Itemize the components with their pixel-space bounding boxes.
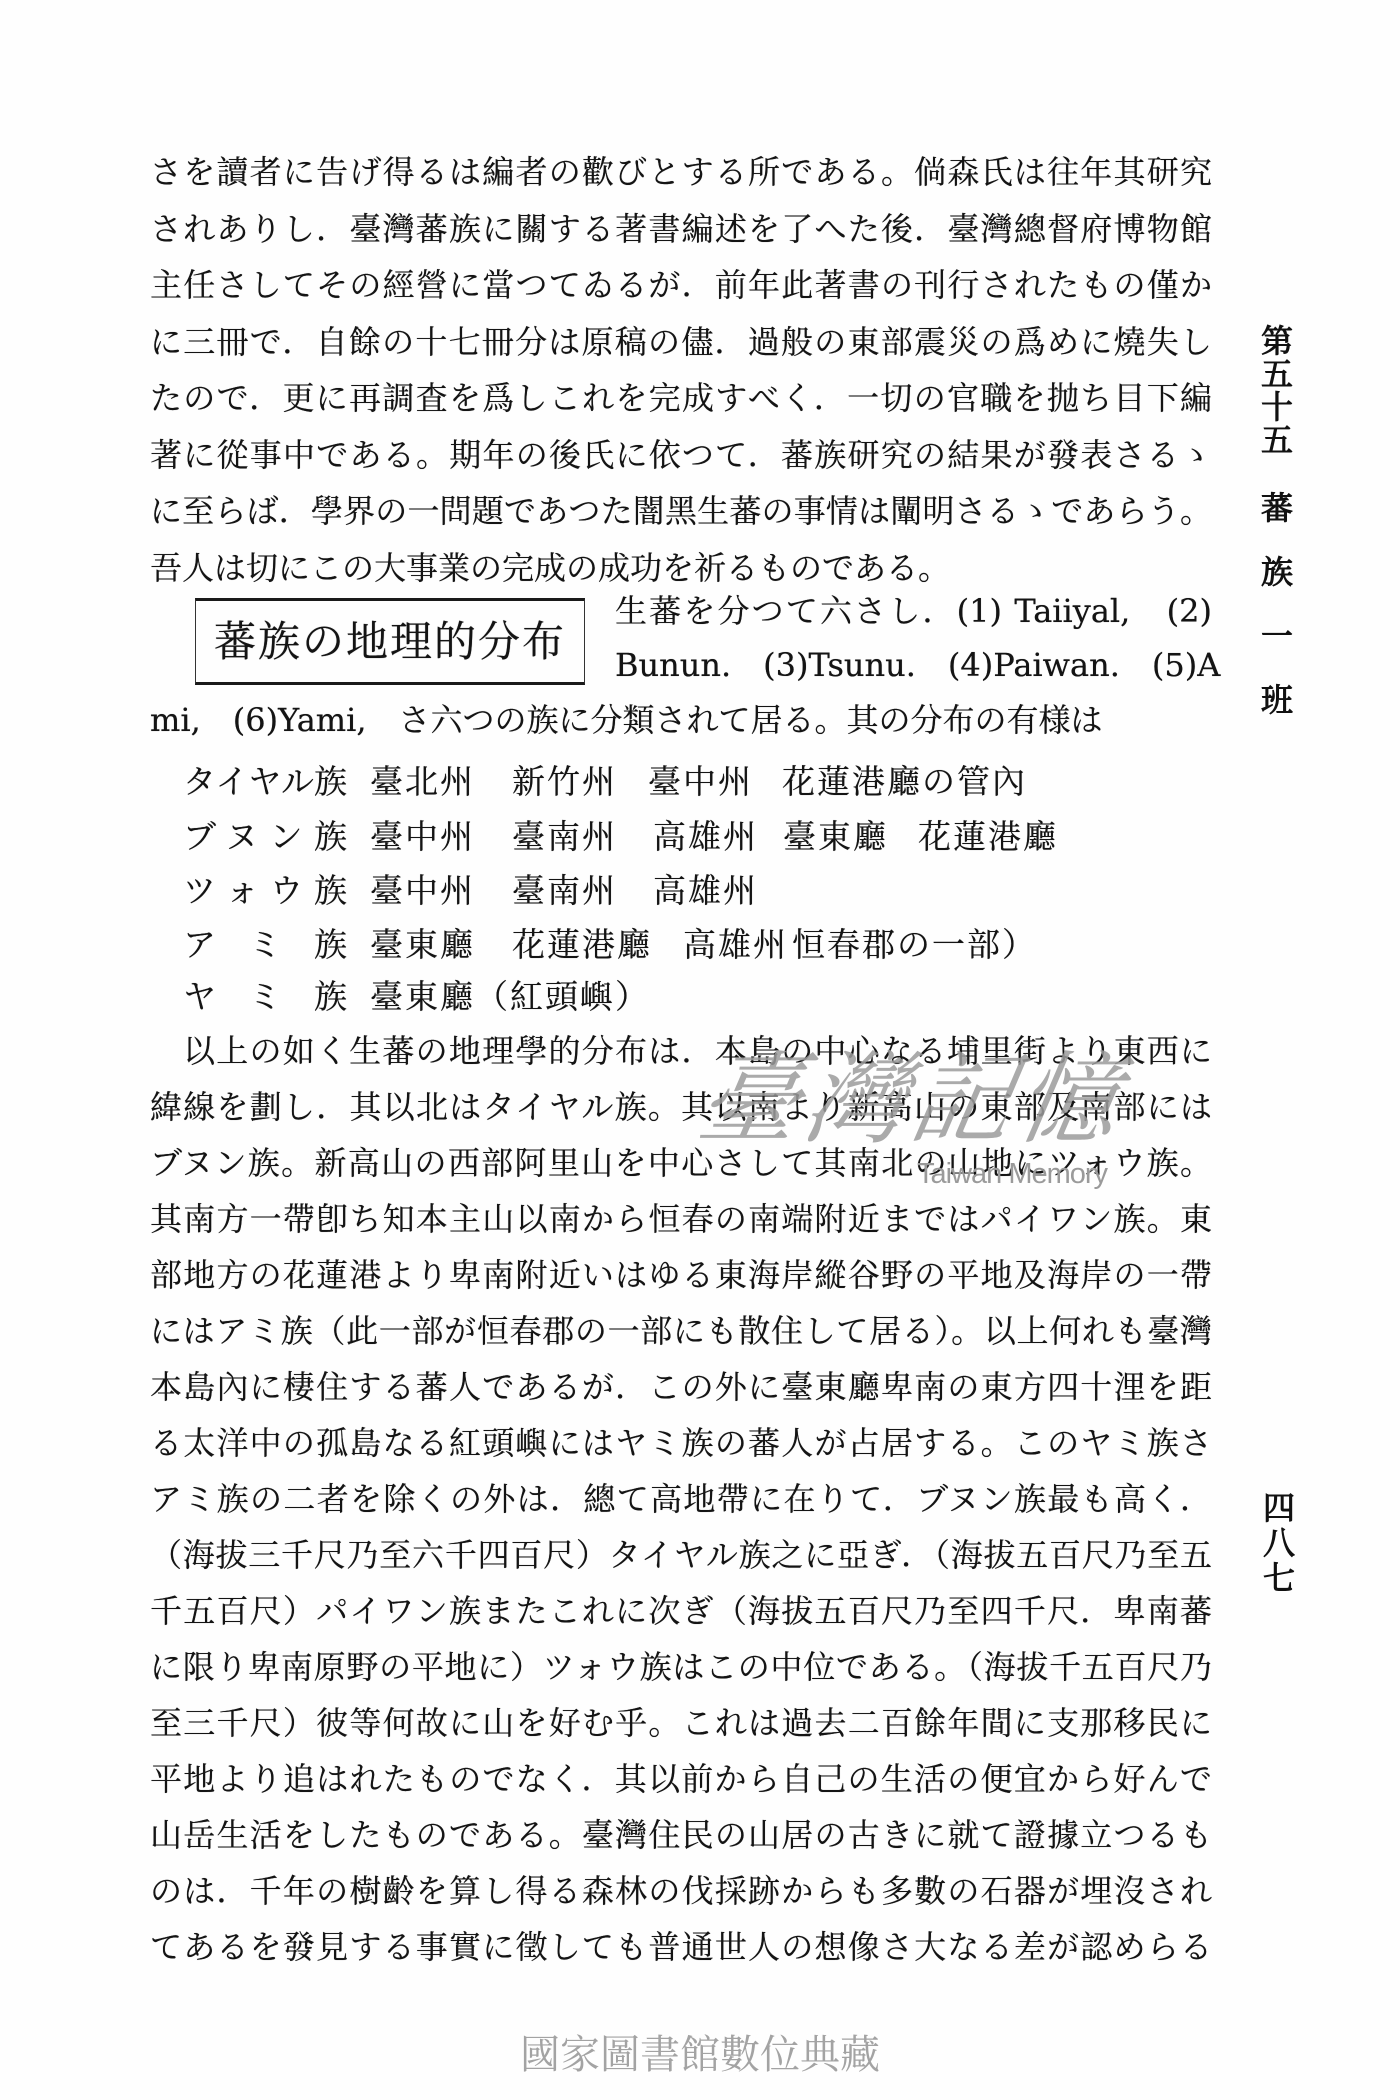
page-number: 四八七 (1259, 1491, 1295, 1596)
body-line: 千五百尺）パイワン族またこれに次ぎ（海拔五百尺乃至四千尺．卑南蕃 (150, 1591, 1212, 1631)
area-name: 臺中州 (370, 871, 475, 911)
body-line: る太洋中の孤島なる紅頭嶼にはヤミ族の蕃人が占居する。このヤミ族さ (150, 1423, 1212, 1463)
area-name: 臺東廳（紅頭嶼） (370, 977, 650, 1017)
area-name: 臺東廳 (370, 925, 475, 965)
intro-line: 著に從事中である。期年の後氏に依つて．蕃族研究の結果が發表さるゝ (150, 435, 1212, 475)
body-line: 本島內に棲住する蕃人であるが．この外に臺東廳卑南の東方四十浬を距 (150, 1367, 1212, 1407)
area-name: 高雄州 (653, 817, 758, 857)
section-heading: 蕃族の地理的分布 (214, 617, 566, 667)
watermark-subtext: Taiwan Memory (917, 1158, 1107, 1190)
area-name: 花蓮港廳 (512, 925, 652, 965)
area-name: 高雄州 (653, 871, 758, 911)
area-name: 恒春郡の一部） (792, 925, 1037, 965)
heading-side-line: 生蕃を分つて六さし．(1) Taiiyal, (2) (615, 591, 1212, 631)
tribe-name: タイヤル族 (183, 762, 347, 802)
area-name: 臺南州 (512, 817, 617, 857)
area-name: 花蓮港廳の管內 (782, 762, 1027, 802)
area-name: 高雄州 (683, 925, 788, 965)
running-header-title: 蕃族一班 (1257, 491, 1293, 747)
body-line: 其南方一帶卽ち知本主山以南から恒春の南端附近まではパイワン族。東 (150, 1199, 1212, 1239)
intro-line: 吾人は切にこの大事業の完成の成功を祈るものである。 (150, 548, 950, 588)
tribe-name: ヤミ族 (183, 977, 347, 1017)
body-line: 至三千尺）彼等何故に山を好む乎。これは過去二百餘年間に支那移民に (150, 1703, 1212, 1743)
library-footer: 國家圖書館數位典藏 (520, 2033, 880, 2077)
area-name: 新竹州 (512, 762, 617, 802)
body-line: アミ族の二者を除くの外は．總て高地帶に在りて．ブヌン族最も高く． (150, 1479, 1212, 1519)
area-name: 臺南州 (512, 871, 617, 911)
body-line: 部地方の花蓮港より卑南附近いはゆる東海岸縱谷野の平地及海岸の一帶 (150, 1255, 1212, 1295)
body-line: に限り卑南原野の平地に）ツォウ族はこの中位である。（海拔千五百尺乃 (150, 1647, 1212, 1687)
area-name: 花蓮港廳 (918, 817, 1058, 857)
tribe-name: ブヌン族 (183, 817, 347, 857)
area-name: 臺北州 (370, 762, 475, 802)
body-line: のは．千年の樹齡を算し得る森林の伐採跡からも多數の石器が埋沒され (150, 1871, 1212, 1911)
intro-line: に至らば．學界の一問題であつた闇黑生蕃の事情は闡明さるゝであらう。 (150, 491, 1212, 531)
intro-line: たので．更に再調査を爲しこれを完成すべく．一切の官職を抛ち目下編 (150, 378, 1212, 418)
watermark-logo-text: 臺灣記憶 (689, 1040, 1134, 1160)
section-heading-box: 蕃族の地理的分布 (195, 598, 585, 685)
tribe-name: ツォウ族 (183, 871, 347, 911)
heading-side-line: Bunun. (3)Tsunu. (4)Paiwan. (5)A (615, 645, 1212, 685)
area-name: 臺中州 (648, 762, 753, 802)
body-line: 平地より追はれたものでなく．其以前から自己の生活の便宜から好んで (150, 1759, 1212, 1799)
body-line: 山岳生活をしたものである。臺灣住民の山居の古きに就て證據立つるも (150, 1815, 1212, 1855)
running-header-chapter: 第五十五 (1257, 324, 1293, 456)
area-name: 臺東廳 (783, 817, 888, 857)
intro-line: さを讀者に告げ得るは編者の歡びとする所である。倘森氏は往年其研究 (150, 152, 1212, 192)
classification-line: mi, (6)Yami, さ六つの族に分類されて居る。其の分布の有様は (150, 700, 1103, 740)
tribe-name: アミ族 (183, 925, 347, 965)
body-line: にはアミ族（此一部が恒春郡の一部にも散住して居る）。以上何れも臺灣 (150, 1311, 1212, 1351)
body-line: てあるを發見する事實に徵しても普通世人の想像さ大なる差が認めらる (150, 1927, 1212, 1967)
intro-line: 主任さしてその經營に當つてゐるが．前年此著書の刊行されたもの僅か (150, 265, 1212, 305)
intro-line: されありし．臺灣蕃族に關する著書編述を了へた後．臺灣總督府博物館 (150, 209, 1212, 249)
area-name: 臺中州 (370, 817, 475, 857)
intro-line: に三冊で．自餘の十七冊分は原稿の儘．過般の東部震災の爲めに燒失し (150, 322, 1212, 362)
body-line: （海拔三千尺乃至六千四百尺）タイヤル族之に亞ぎ．（海拔五百尺乃至五 (150, 1535, 1212, 1575)
